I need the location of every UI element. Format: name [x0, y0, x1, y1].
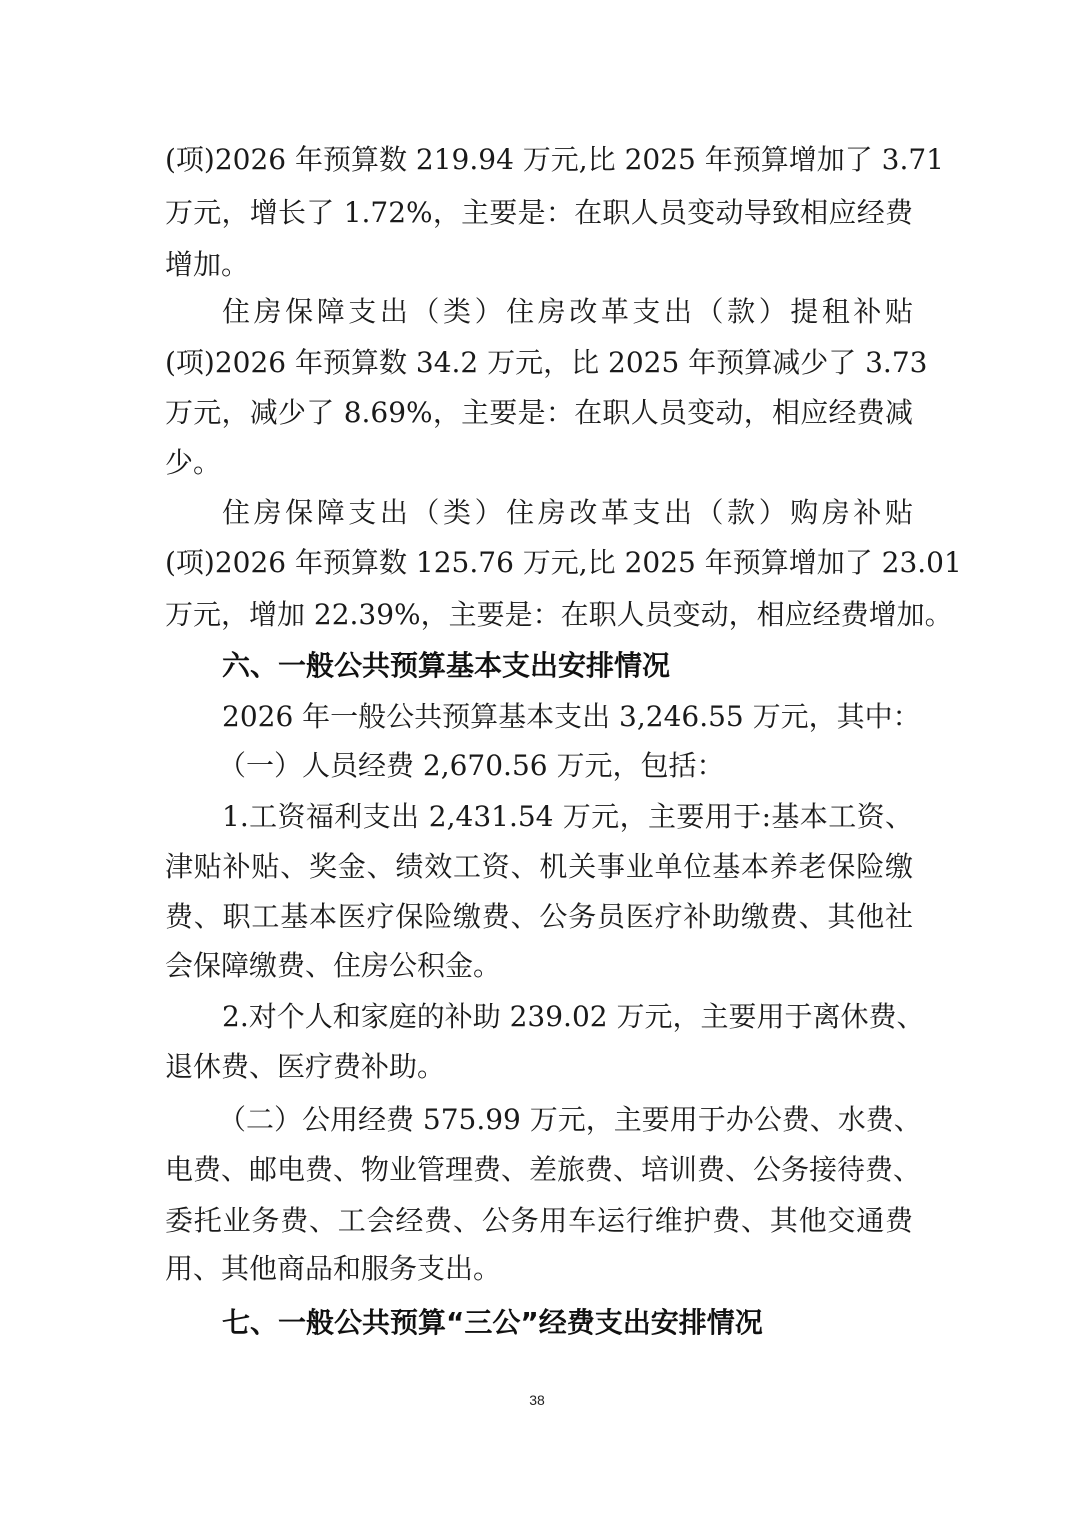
- section-heading-7: 七、一般公共预算“三公”经费支出安排情况: [222, 1301, 763, 1345]
- paragraph-line: （二）公用经费 575.99 万元，主要用于办公费、水费、: [218, 1100, 913, 1140]
- paragraph-line: 退休费、医疗费补助。: [165, 1047, 913, 1087]
- paragraph-line: 电费、邮电费、物业管理费、差旅费、培训费、公务接待费、: [165, 1150, 913, 1190]
- section-heading-6: 六、一般公共预算基本支出安排情况: [222, 644, 670, 688]
- paragraph-line: (项)2026 年预算数 34.2 万元，比 2025 年预算减少了 3.73: [165, 343, 913, 383]
- paragraph-line: 少。: [165, 443, 913, 483]
- page-number: 38: [0, 1390, 1074, 1410]
- paragraph-line: 万元，增加 22.39%，主要是：在职人员变动，相应经费增加。: [165, 595, 913, 635]
- paragraph-line: 住房保障支出（类）住房改革支出（款）购房补贴: [222, 493, 913, 533]
- paragraph-line: (项)2026 年预算数 125.76 万元,比 2025 年预算增加了 23.…: [165, 543, 913, 583]
- paragraph-line: 2.对个人和家庭的补助 239.02 万元，主要用于离休费、: [222, 997, 913, 1037]
- paragraph-line: 委托业务费、工会经费、公务用车运行维护费、其他交通费: [165, 1201, 913, 1241]
- paragraph-line: 用、其他商品和服务支出。: [165, 1249, 913, 1289]
- personnel-expense-title: （一）人员经费 2,670.56 万元，包括：: [218, 746, 909, 786]
- paragraph-line: (项)2026 年预算数 219.94 万元,比 2025 年预算增加了 3.7…: [165, 140, 913, 180]
- paragraph-line: 住房保障支出（类）住房改革支出（款）提租补贴: [222, 292, 913, 332]
- paragraph-line: 1.工资福利支出 2,431.54 万元，主要用于:基本工资、: [222, 797, 913, 837]
- document-page: (项)2026 年预算数 219.94 万元,比 2025 年预算增加了 3.7…: [0, 0, 1074, 1520]
- paragraph-line: 会保障缴费、住房公积金。: [165, 946, 913, 986]
- paragraph-line: 津贴补贴、奖金、绩效工资、机关事业单位基本养老保险缴: [165, 847, 913, 887]
- paragraph-line: 万元，增长了 1.72%，主要是：在职人员变动导致相应经费: [165, 193, 913, 233]
- paragraph-line: 万元，减少了 8.69%，主要是：在职人员变动，相应经费减: [165, 393, 913, 433]
- paragraph-line: 费、职工基本医疗保险缴费、公务员医疗补助缴费、其他社: [165, 897, 913, 937]
- paragraph-line: 增加。: [165, 245, 913, 285]
- section6-summary: 2026 年一般公共预算基本支出 3,246.55 万元，其中：: [222, 697, 913, 737]
